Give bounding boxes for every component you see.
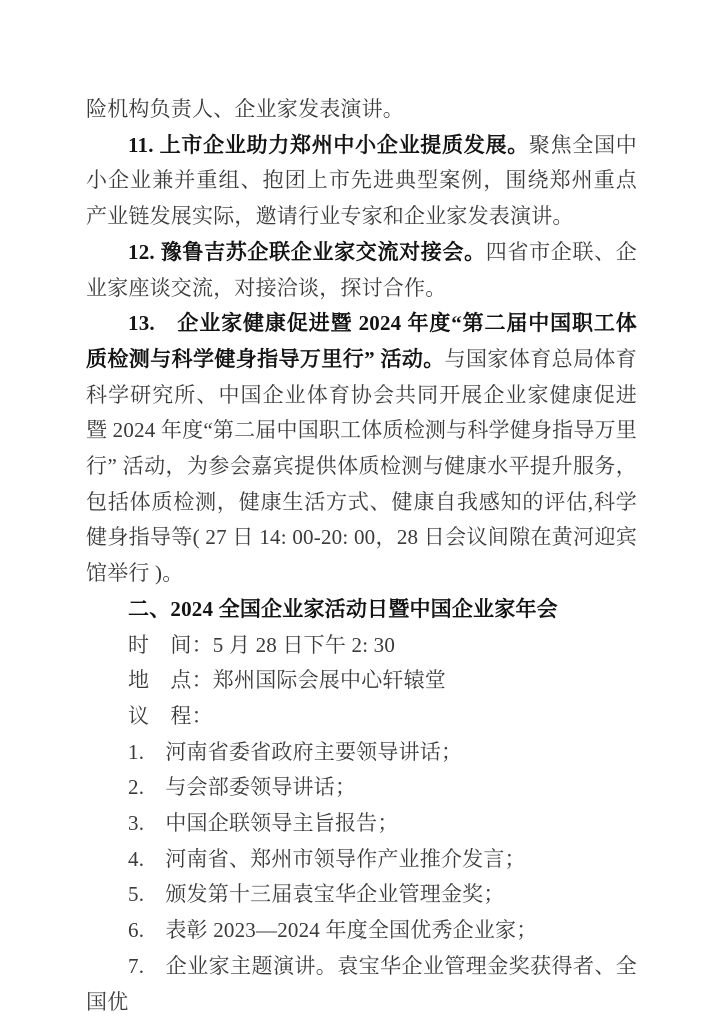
- page-number: 7: [0, 928, 724, 944]
- agenda-item-3: 3. 中国企联领导主旨报告；: [86, 806, 637, 842]
- agenda-item-1: 1. 河南省委省政府主要领导讲话；: [86, 735, 637, 771]
- agenda-item-4-text: 4. 河南省、郑州市领导作产业推介发言；: [128, 847, 526, 871]
- agenda-item-1-text: 1. 河南省委省政府主要领导讲话；: [128, 740, 462, 764]
- meeting-time-text: 时 间：5 月 28 日下午 2: 30: [128, 633, 395, 657]
- section-heading-2-text: 二、2024 全国企业家活动日暨中国企业家年会: [128, 597, 558, 621]
- meeting-place-text: 地 点：郑州国际会展中心轩辕堂: [128, 668, 446, 692]
- item-11-title: 11. 上市企业助力郑州中小企业提质发展。: [128, 133, 529, 157]
- agenda-item-4: 4. 河南省、郑州市领导作产业推介发言；: [86, 842, 637, 878]
- paragraph-item-12: 12. 豫鲁吉苏企联企业家交流对接会。四省市企联、企业家座谈交流，对接洽谈，探讨…: [86, 235, 637, 306]
- agenda-item-2-text: 2. 与会部委领导讲话；: [128, 775, 356, 799]
- meeting-place-line: 地 点：郑州国际会展中心轩辕堂: [86, 663, 637, 699]
- agenda-item-3-text: 3. 中国企联领导主旨报告；: [128, 811, 399, 835]
- paragraph-item-13: 13. 企业家健康促进暨 2024 年度“第二届中国职工体质检测与科学健身指导万…: [86, 306, 637, 592]
- meeting-time-line: 时 间：5 月 28 日下午 2: 30: [86, 628, 637, 664]
- agenda-label-line: 议 程：: [86, 699, 637, 735]
- agenda-item-7: 7. 企业家主题演讲。袁宝华企业管理金奖获得者、全国优: [86, 949, 637, 1020]
- item-13-body: 与国家体育总局体育科学研究所、中国企业体育协会共同开展企业家健康促进暨 2024…: [86, 347, 637, 585]
- document-body: 险机构负责人、企业家发表演讲。 11. 上市企业助力郑州中小企业提质发展。聚焦全…: [86, 92, 637, 1020]
- agenda-item-2: 2. 与会部委领导讲话；: [86, 770, 637, 806]
- paragraph-continuation: 险机构负责人、企业家发表演讲。: [86, 92, 637, 128]
- paragraph-item-11: 11. 上市企业助力郑州中小企业提质发展。聚焦全国中小企业兼并重组、抱团上市先进…: [86, 128, 637, 235]
- agenda-item-7-text: 7. 企业家主题演讲。袁宝华企业管理金奖获得者、全国优: [86, 954, 637, 1014]
- text-run: 险机构负责人、企业家发表演讲。: [86, 97, 404, 121]
- document-page: 险机构负责人、企业家发表演讲。 11. 上市企业助力郑州中小企业提质发展。聚焦全…: [0, 0, 724, 1024]
- agenda-label-text: 议 程：: [128, 704, 213, 728]
- item-12-title: 12. 豫鲁吉苏企联企业家交流对接会。: [128, 240, 486, 264]
- section-heading-2: 二、2024 全国企业家活动日暨中国企业家年会: [86, 592, 637, 628]
- agenda-item-5: 5. 颁发第十三届袁宝华企业管理金奖；: [86, 877, 637, 913]
- agenda-item-5-text: 5. 颁发第十三届袁宝华企业管理金奖；: [128, 882, 505, 906]
